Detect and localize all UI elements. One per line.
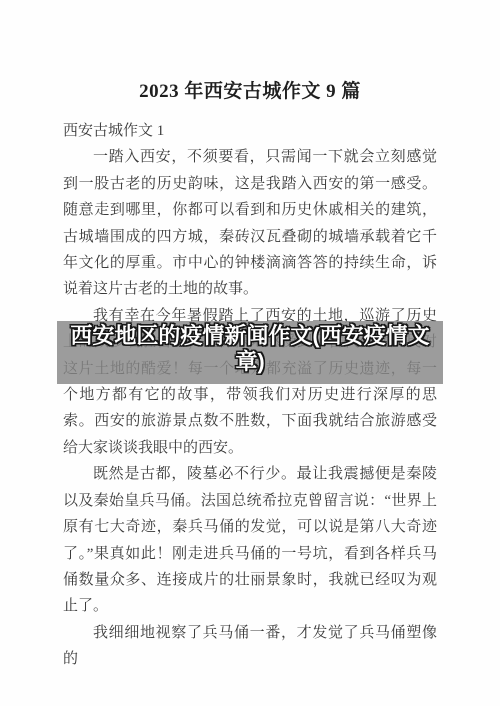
section-heading: 西安古城作文 1 [63, 118, 437, 144]
document-title: 2023 年西安古城作文 9 篇 [0, 76, 500, 103]
paragraph-1: 一踏入西安，不须要看，只需闻一下就会立刻感觉到一股古老的历史韵味，这是我踏入西安… [63, 144, 437, 302]
document-page: 2023 年西安古城作文 9 篇 西安古城作文 1 一踏入西安，不须要看，只需闻… [0, 0, 500, 706]
document-body: 西安古城作文 1 一踏入西安，不须要看，只需闻一下就会立刻感觉到一股古老的历史韵… [63, 118, 437, 673]
watermark-banner: 西安地区的疫情新闻作文(西安疫情文章) [57, 321, 443, 384]
watermark-banner-text: 西安地区的疫情新闻作文(西安疫情文章) [62, 323, 438, 375]
paragraph-4: 我细细地视察了兵马俑一番，才发觉了兵马俑塑像的 [63, 620, 437, 673]
paragraph-3: 既然是古都，陵墓必不行少。最让我震撼便是秦陵以及秦始皇兵马俑。法国总统希拉克曾留… [63, 461, 437, 619]
